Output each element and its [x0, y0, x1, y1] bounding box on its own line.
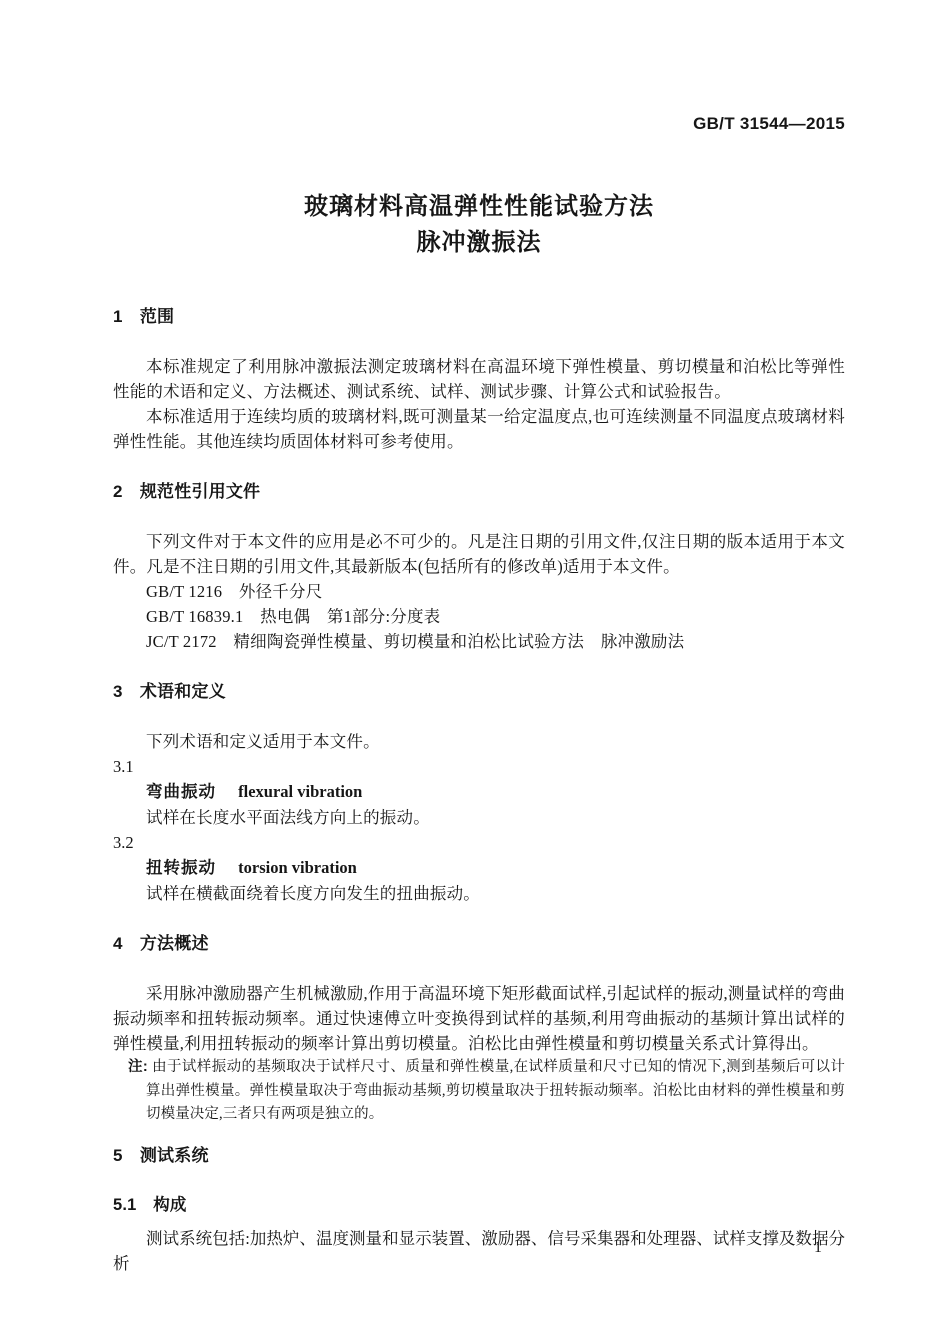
reference-item: GB/T 1216 外径千分尺: [113, 579, 845, 604]
term-2-line: 扭转振动 torsion vibration: [113, 855, 845, 881]
section-1-paragraph-1: 本标准规定了利用脉冲激振法测定玻璃材料在高温环境下弹性模量、剪切模量和泊松比等弹…: [113, 354, 845, 404]
document-page: GB/T 31544—2015 玻璃材料高温弹性性能试验方法 脉冲激振法 1 范…: [0, 0, 950, 1342]
term-1-chinese: 弯曲振动: [146, 783, 216, 801]
section-3-heading: 3 术语和定义: [113, 679, 845, 704]
term-1-number: 3.1: [113, 754, 845, 779]
reference-item: JC/T 2172 精细陶瓷弹性模量、剪切模量和泊松比试验方法 脉冲激励法: [113, 629, 845, 654]
term-1-definition: 试样在长度水平面法线方向上的振动。: [113, 805, 845, 830]
term-2-chinese: 扭转振动: [146, 859, 216, 877]
section-5-1-heading: 5.1 构成: [113, 1193, 845, 1218]
note-text: 由于试样振动的基频取决于试样尺寸、质量和弹性模量,在试样质量和尺寸已知的情况下,…: [146, 1059, 845, 1122]
reference-item: GB/T 16839.1 热电偶 第1部分:分度表: [113, 604, 845, 629]
section-2-heading: 2 规范性引用文件: [113, 479, 845, 504]
term-2-definition: 试样在横截面绕着长度方向发生的扭曲振动。: [113, 881, 845, 906]
term-1-english: flexural vibration: [238, 782, 362, 801]
document-title-line2: 脉冲激振法: [113, 226, 845, 260]
section-normative-references: 2 规范性引用文件 下列文件对于本文件的应用是必不可少的。凡是注日期的引用文件,…: [113, 479, 845, 654]
section-5-paragraph-1: 测试系统包括:加热炉、温度测量和显示装置、激励器、信号采集器和处理器、试样支撑及…: [113, 1226, 845, 1276]
page-number: 1: [814, 1238, 822, 1258]
section-2-paragraph-1: 下列文件对于本文件的应用是必不可少的。凡是注日期的引用文件,仅注日期的版本适用于…: [113, 529, 845, 579]
note-label: 注:: [128, 1059, 148, 1075]
term-1-line: 弯曲振动 flexural vibration: [113, 779, 845, 805]
section-3-intro: 下列术语和定义适用于本文件。: [113, 729, 845, 754]
note-block: 注:由于试样振动的基频取决于试样尺寸、质量和弹性模量,在试样质量和尺寸已知的情况…: [113, 1056, 845, 1127]
term-2-english: torsion vibration: [238, 858, 357, 877]
section-1-heading: 1 范围: [113, 304, 845, 329]
section-1-paragraph-2: 本标准适用于连续均质的玻璃材料,既可测量某一给定温度点,也可连续测量不同温度点玻…: [113, 404, 845, 454]
section-5-heading: 5 测试系统: [113, 1143, 845, 1168]
section-4-paragraph-1: 采用脉冲激励器产生机械激励,作用于高温环境下矩形截面试样,引起试样的振动,测量试…: [113, 981, 845, 1056]
section-test-system: 5 测试系统 5.1 构成 测试系统包括:加热炉、温度测量和显示装置、激励器、信…: [113, 1143, 845, 1276]
section-terms-and-definitions: 3 术语和定义 下列术语和定义适用于本文件。 3.1 弯曲振动 flexural…: [113, 679, 845, 906]
term-2-number: 3.2: [113, 830, 845, 855]
title-block: 玻璃材料高温弹性性能试验方法 脉冲激振法: [113, 190, 845, 260]
section-method-overview: 4 方法概述 采用脉冲激励器产生机械激励,作用于高温环境下矩形截面试样,引起试样…: [113, 931, 845, 1127]
section-4-heading: 4 方法概述: [113, 931, 845, 956]
section-scope: 1 范围 本标准规定了利用脉冲激振法测定玻璃材料在高温环境下弹性模量、剪切模量和…: [113, 304, 845, 454]
standard-code: GB/T 31544—2015: [113, 112, 845, 136]
document-title-line1: 玻璃材料高温弹性性能试验方法: [113, 190, 845, 224]
